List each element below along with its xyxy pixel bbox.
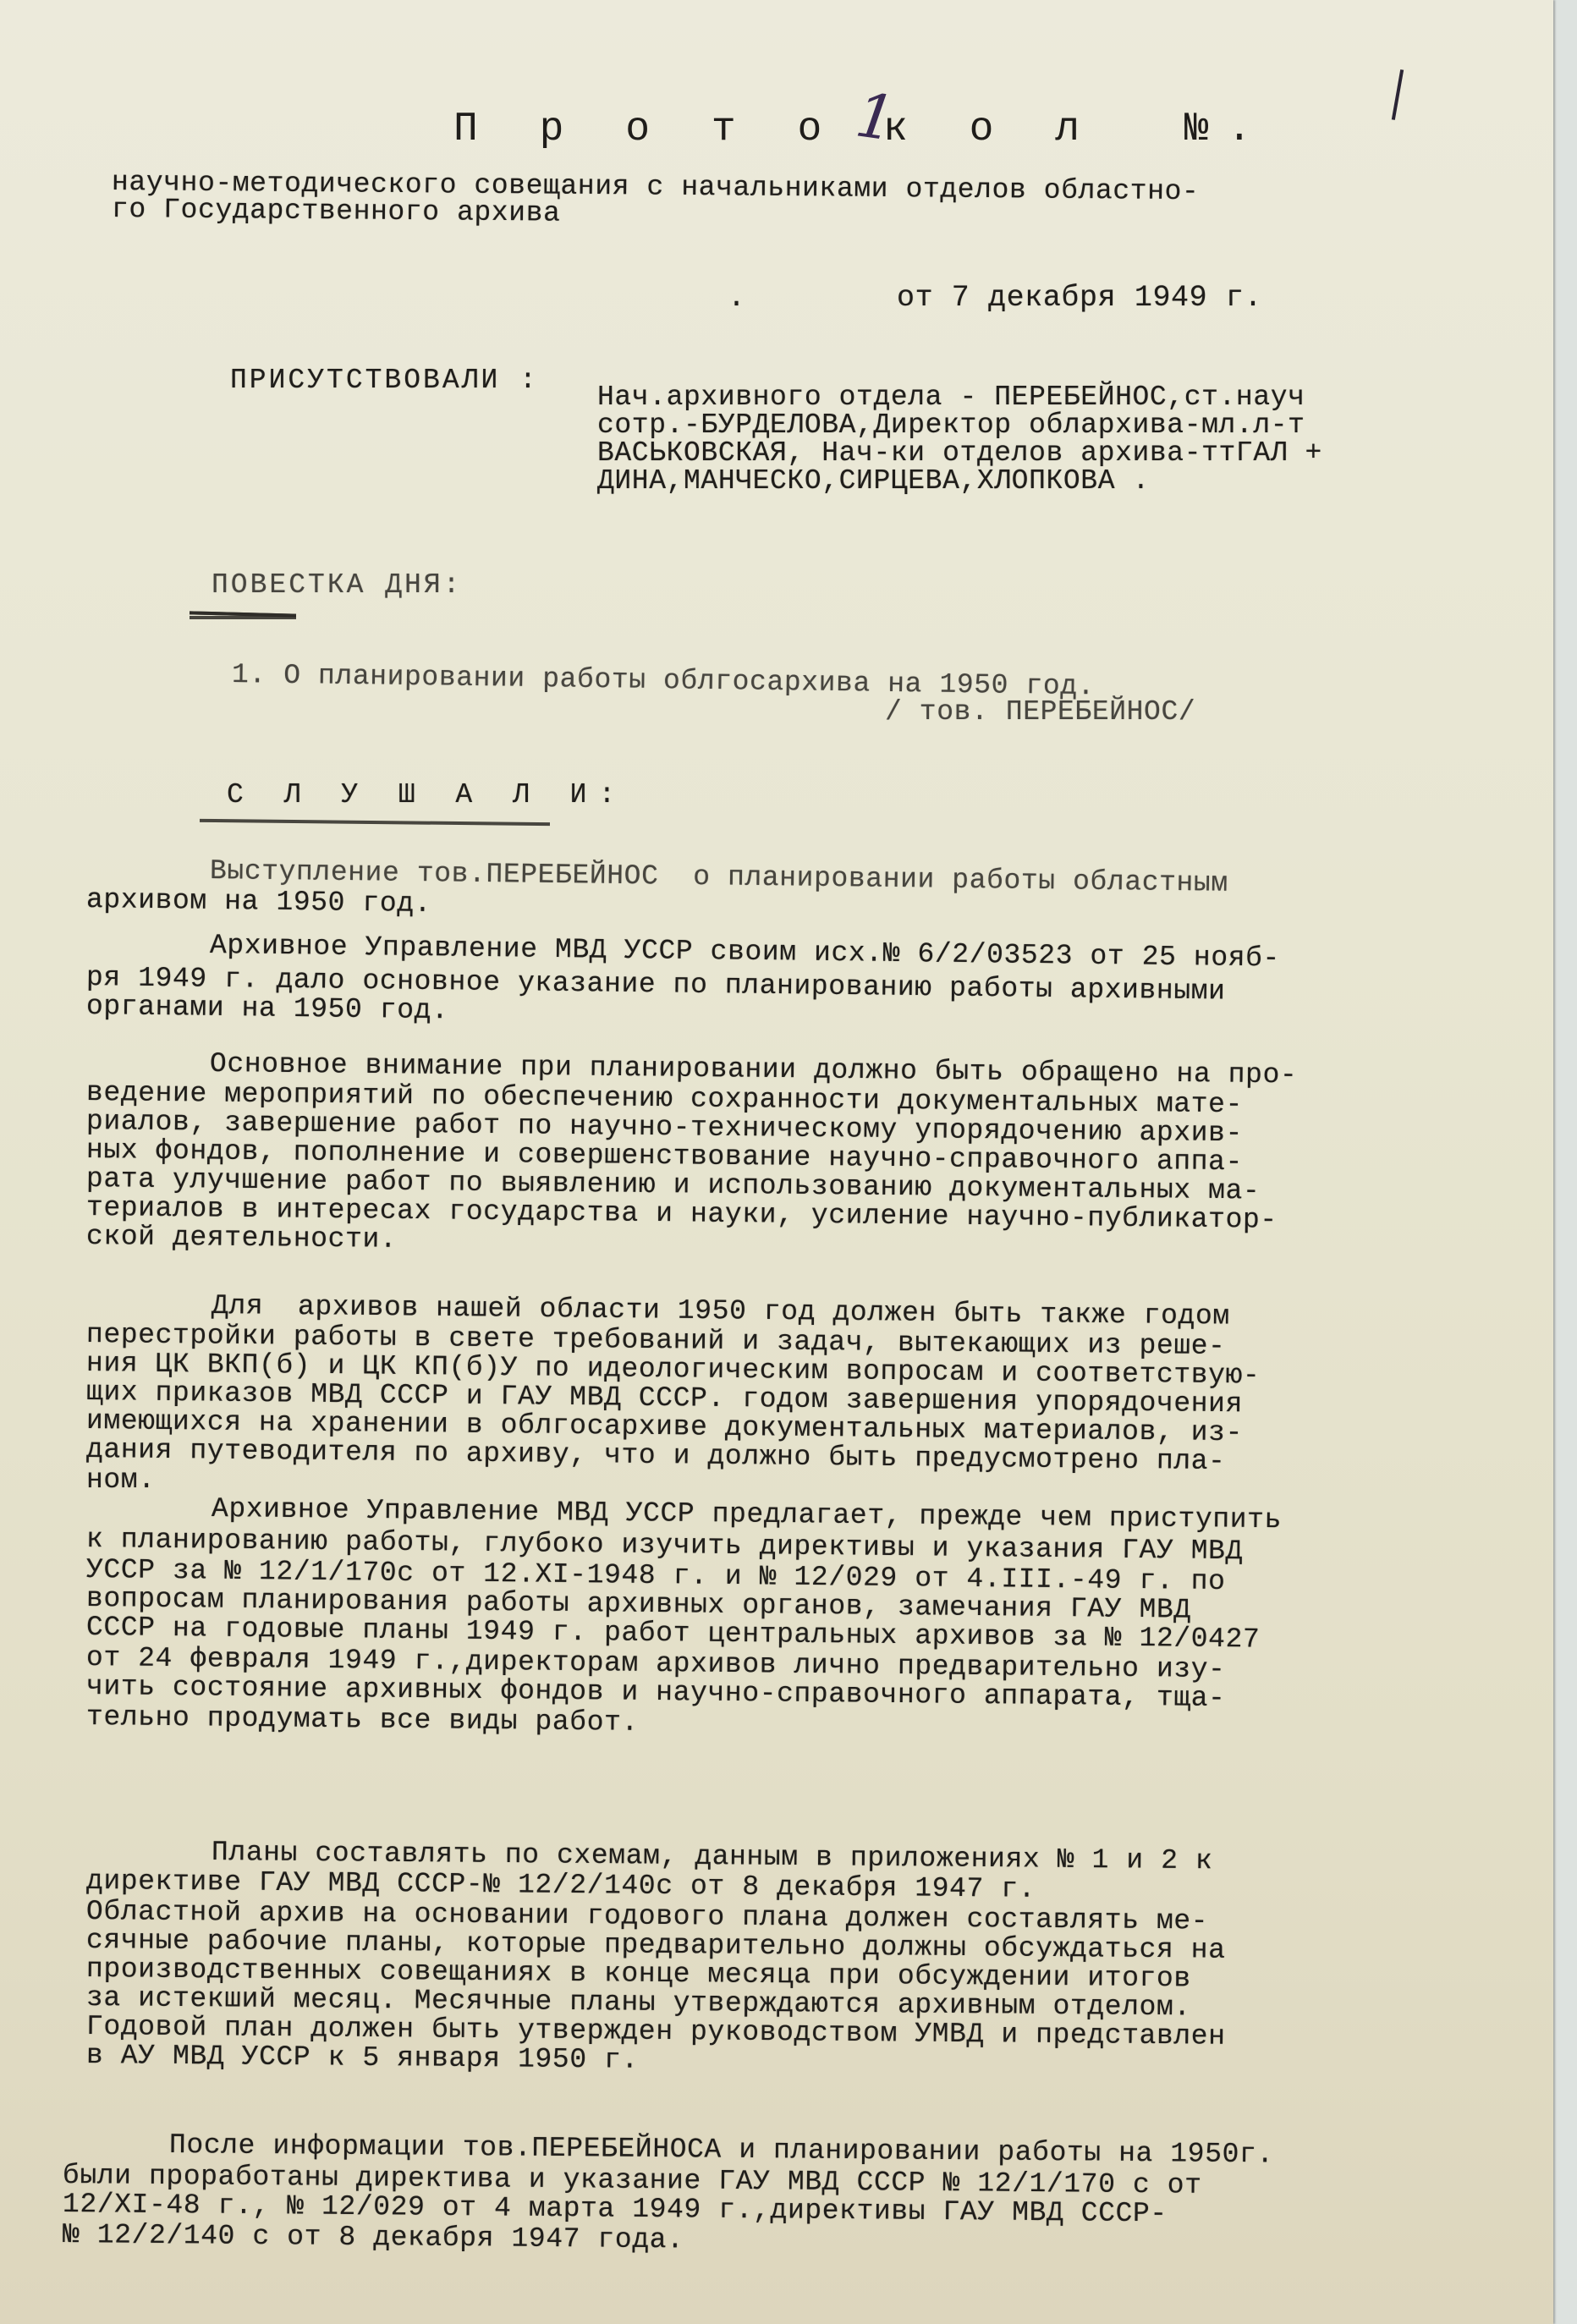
body-line: архивом на 1950 год. <box>86 883 432 921</box>
body-line: органами на 1950 год. <box>86 990 449 1028</box>
agenda-label: ПОВЕСТКА ДНЯ: <box>212 569 462 602</box>
document-date: от 7 декабря 1949 г. <box>897 281 1262 315</box>
body-line: ской деятельности. <box>86 1220 398 1257</box>
body-line: тельно продумать все виды работ. <box>86 1700 639 1740</box>
body-line: № 12/2/140 с от 8 декабря 1947 года. <box>63 2218 684 2257</box>
agenda-speaker: / тов. ПЕРЕБЕЙНОС/ <box>885 695 1195 729</box>
document-page: П р о т о к о л №. 1 научно-методическог… <box>0 0 1553 2324</box>
pen-mark <box>1392 69 1404 120</box>
subtitle-line-2: го Государственного архива <box>112 193 561 231</box>
body-line: в АУ МВД УССР к 5 января 1950 г. <box>86 2039 639 2078</box>
body-line: ном. <box>86 1464 156 1497</box>
agenda-underline-b <box>190 616 296 619</box>
heard-label: С Л У Ш А Л И: <box>227 778 627 812</box>
present-label: ПРИСУТСТВОВАЛИ : <box>230 364 539 398</box>
heard-underline <box>200 819 550 826</box>
date-dot: . <box>728 281 746 315</box>
present-line-4: ДИНА,МАНЧЕСКО,СИРЦЕВА,ХЛОПКОВА . <box>597 464 1150 498</box>
